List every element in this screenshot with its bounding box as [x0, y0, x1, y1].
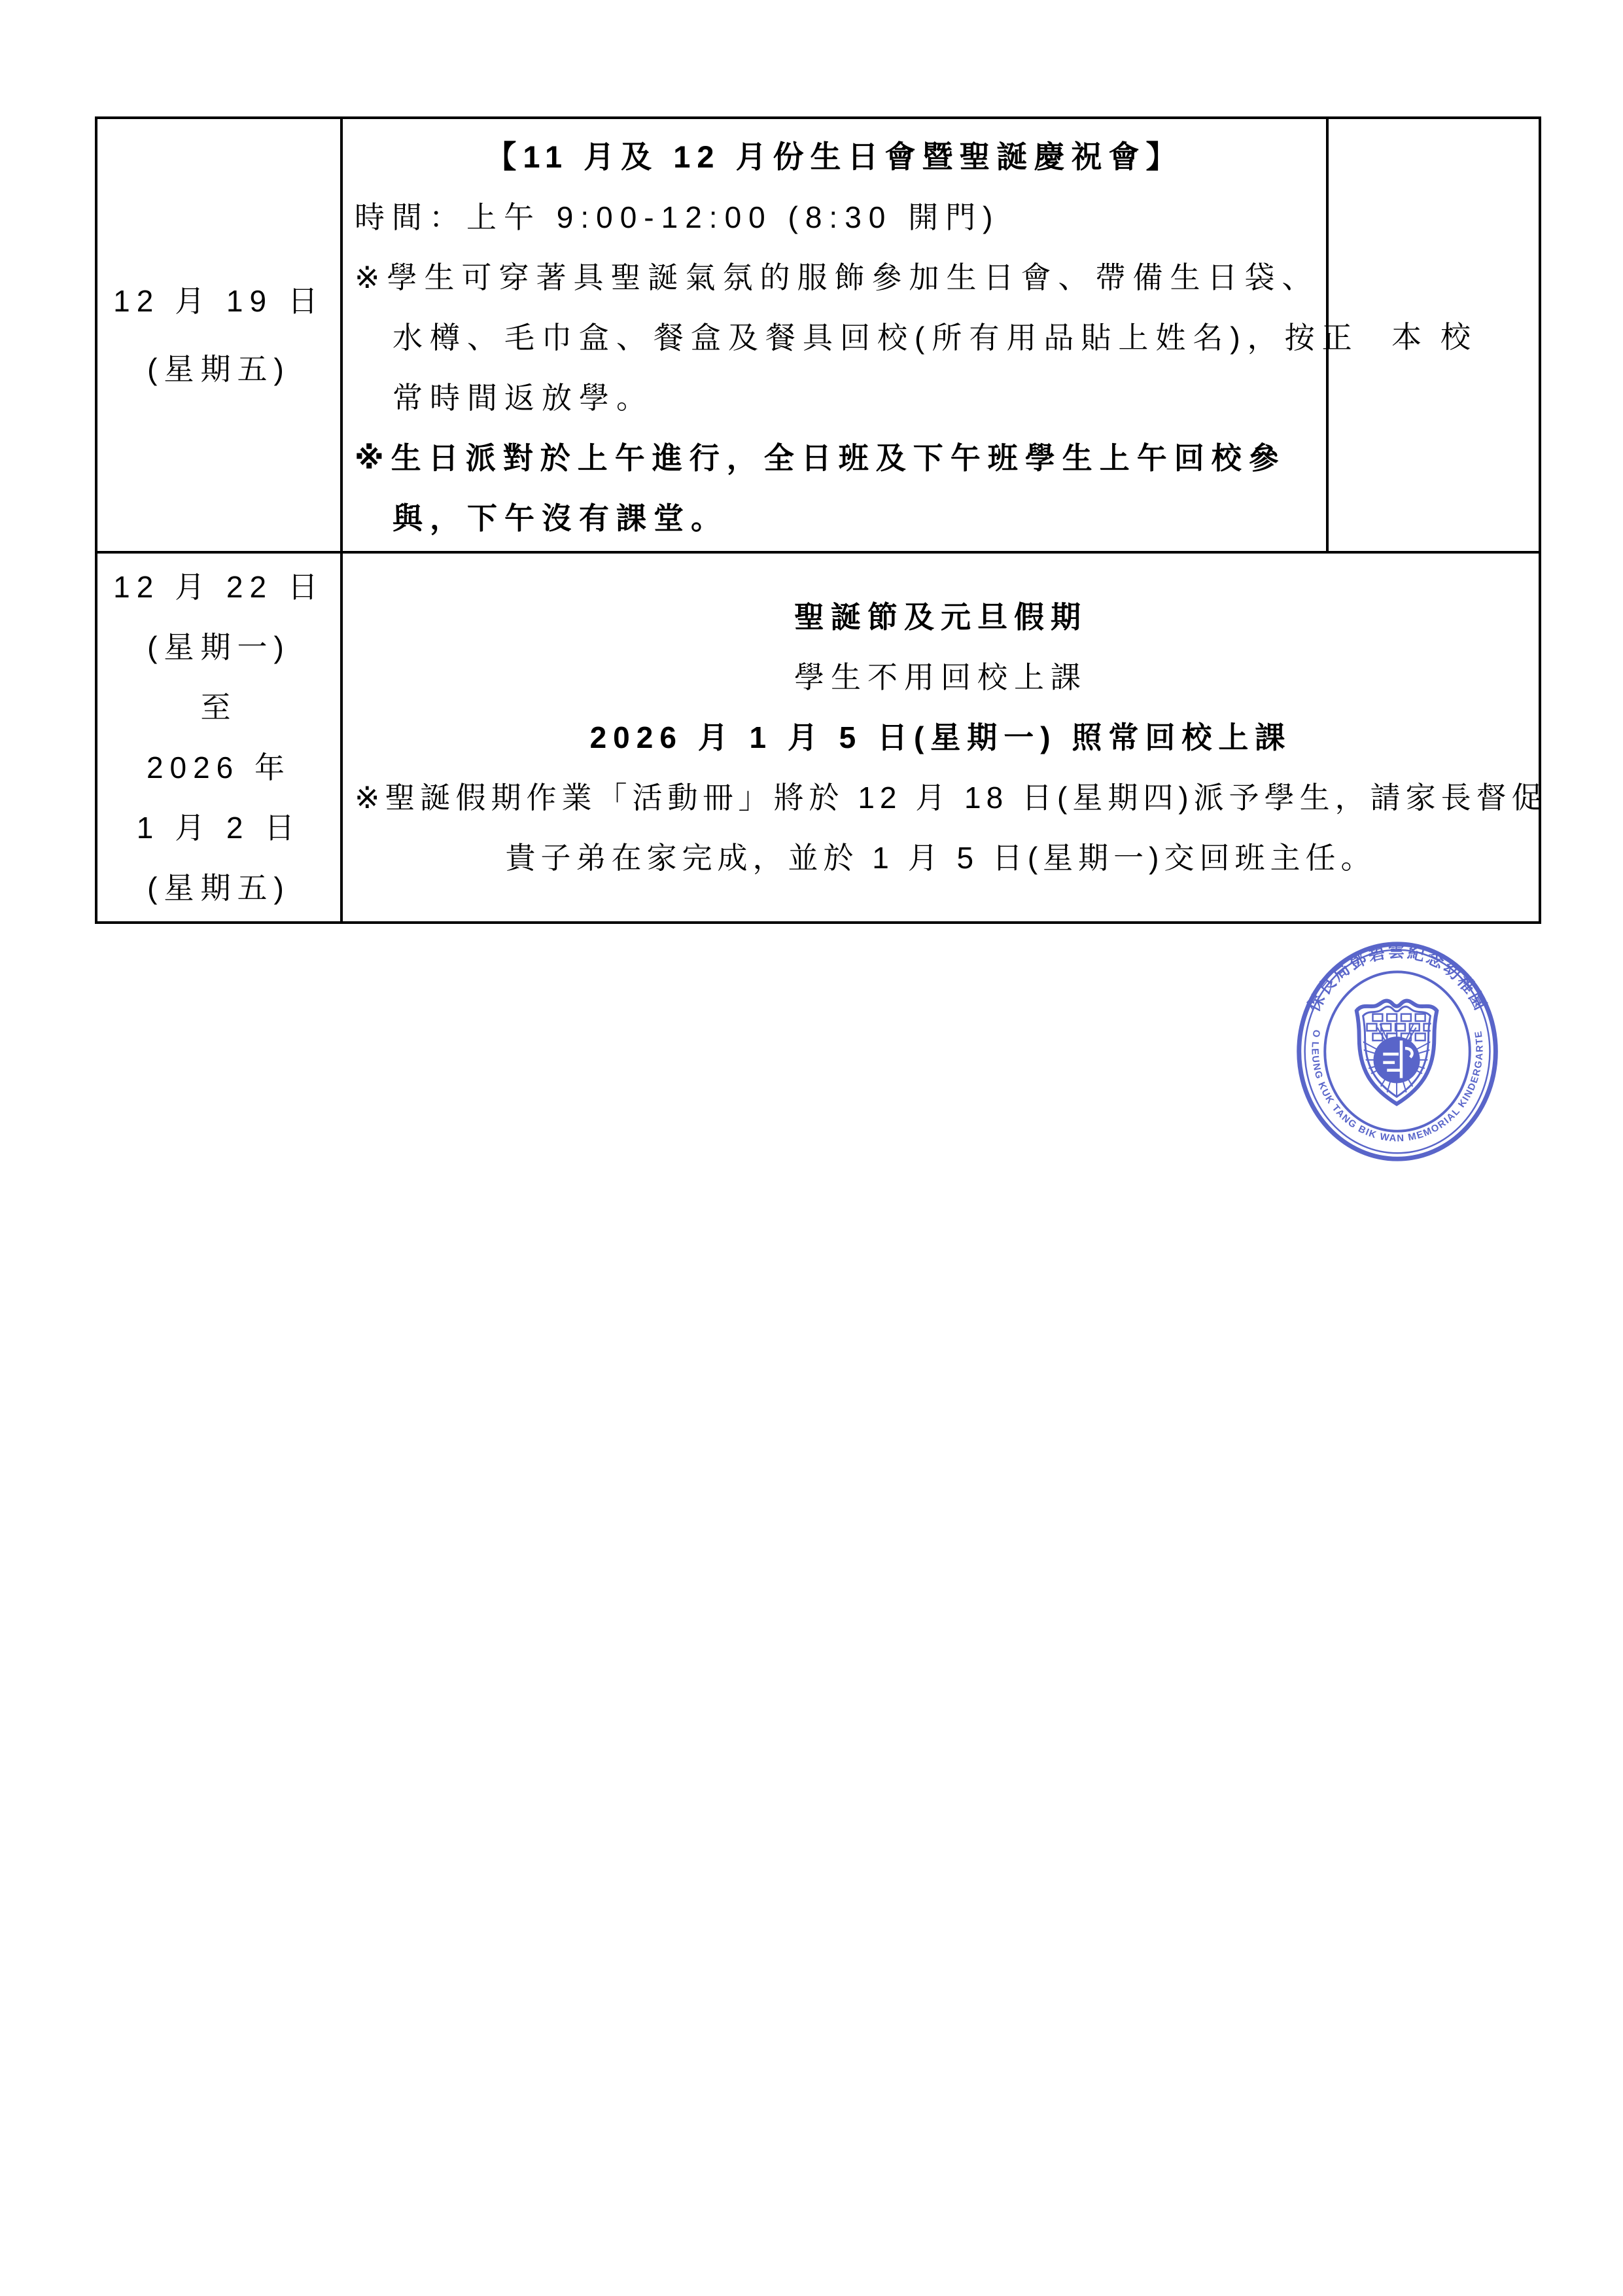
date-line: 1 月 2 日 — [97, 798, 340, 858]
date-weekday-line: (星期一) — [97, 617, 340, 677]
holiday-resume-line: 2026 月 1 月 5 日(星期一) 照常回校上課 — [355, 707, 1527, 768]
holiday-heading: 聖誕節及元旦假期 — [355, 587, 1527, 647]
date-line: 12 月 19 日 — [97, 267, 340, 335]
date-weekday-line: (星期五) — [97, 858, 340, 918]
event-note-line: 常時間返放學。 — [355, 368, 1314, 428]
event-note-line: 水樽、毛巾盒、餐盒及餐具回校(所有用品貼上姓名)，按正 — [355, 308, 1314, 368]
school-stamp: 保良局鄧碧雲紀念幼稚園 PO LEUNG KUK TANG BIK WAN ME… — [1289, 937, 1511, 1170]
table-row-holiday: 12 月 22 日 (星期一) 至 2026 年 1 月 2 日 (星期五) 聖… — [96, 552, 1540, 923]
schedule-table: 12 月 19 日 (星期五) 【11 月及 12 月份生日會暨聖誕慶祝會】 時… — [95, 116, 1541, 924]
holiday-detail-cell: 聖誕節及元旦假期 學生不用回校上課 2026 月 1 月 5 日(星期一) 照常… — [341, 552, 1540, 923]
date-to-line: 至 — [97, 677, 340, 737]
holiday-homework-note: ※聖誕假期作業「活動冊」將於 12 月 18 日(星期四)派予學生，請家長督促 — [355, 768, 1527, 828]
holiday-no-school-line: 學生不用回校上課 — [355, 647, 1527, 707]
table-row-birthday-party: 12 月 19 日 (星期五) 【11 月及 12 月份生日會暨聖誕慶祝會】 時… — [96, 118, 1540, 552]
event-title: 【11 月及 12 月份生日會暨聖誕慶祝會】 — [355, 127, 1314, 187]
event-detail-cell: 【11 月及 12 月份生日會暨聖誕慶祝會】 時間：上午 9:00-12:00 … — [341, 118, 1327, 552]
stamp-chinese-arc-text: 保良局鄧碧雲紀念幼稚園 — [1304, 942, 1491, 1015]
date-year-line: 2026 年 — [97, 737, 340, 798]
event-note-line-bold: ※生日派對於上午進行，全日班及下午班學生上午回校參 — [355, 428, 1314, 488]
event-note-line: ※學生可穿著具聖誕氣氛的服飾參加生日會、帶備生日袋、 — [355, 247, 1314, 308]
date-weekday-line: (星期五) — [97, 335, 340, 403]
location-label: 本 校 — [1329, 313, 1539, 357]
location-cell: 本 校 — [1327, 118, 1540, 552]
date-line: 12 月 22 日 — [97, 557, 340, 617]
stamp-center-emblem — [1373, 1036, 1420, 1083]
holiday-homework-note-cont: 貴子弟在家完成，並於 1 月 5 日(星期一)交回班主任。 — [355, 828, 1527, 888]
date-cell-holiday-range: 12 月 22 日 (星期一) 至 2026 年 1 月 2 日 (星期五) — [96, 552, 341, 923]
event-time-line: 時間：上午 9:00-12:00 (8:30 開門) — [355, 187, 1314, 247]
event-note-line-bold: 與，下午沒有課堂。 — [355, 488, 1314, 548]
date-cell-dec-19: 12 月 19 日 (星期五) — [96, 118, 341, 552]
